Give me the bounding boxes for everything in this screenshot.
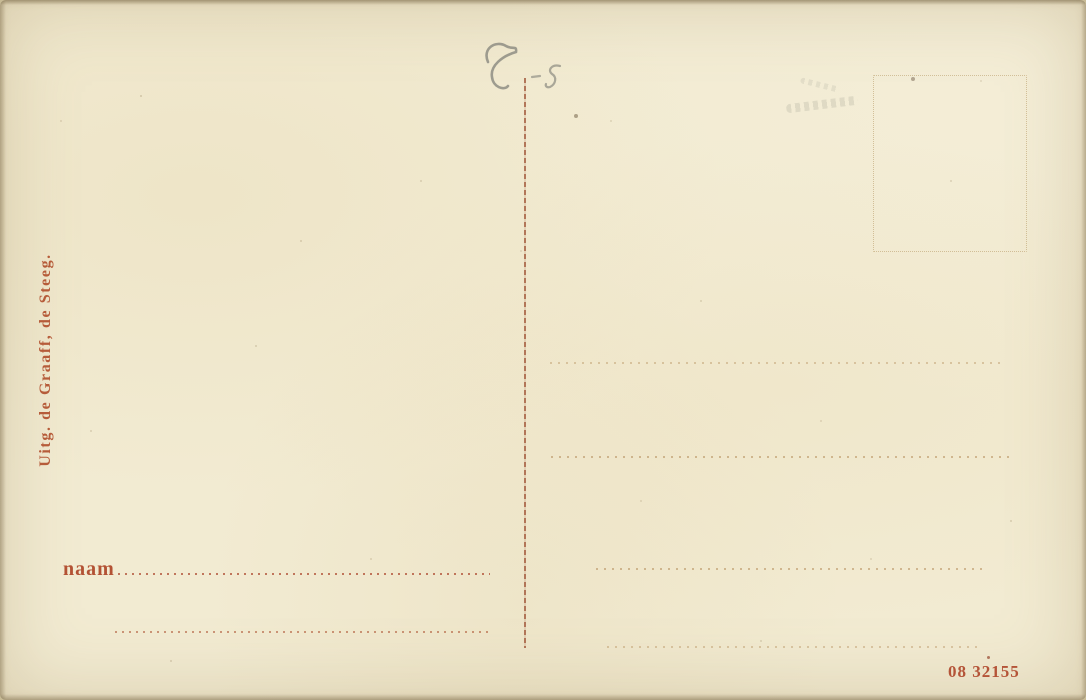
pencil-smudge-small	[800, 77, 840, 92]
pencil-smudge	[786, 96, 859, 114]
control-number: 08 32155	[948, 662, 1020, 682]
address-line-3	[596, 568, 988, 570]
postcard-back: Uitg. de Graaff, de Steeg. naam 08 32155	[0, 0, 1086, 700]
paper-specks	[0, 0, 2, 2]
card-edge-left	[0, 0, 6, 700]
address-line-2	[551, 456, 1011, 458]
ink-dot	[987, 656, 990, 659]
stamp-box	[873, 75, 1027, 252]
pencil-annotation-icon	[460, 30, 590, 110]
address-line-1	[550, 362, 1005, 364]
address-line-4	[607, 646, 979, 648]
publisher-imprint: Uitg. de Graaff, de Steeg.	[37, 253, 55, 467]
card-edge-bottom	[0, 694, 1086, 700]
card-edge-right	[1081, 0, 1086, 700]
card-edge-top	[0, 0, 1086, 5]
center-divider-line	[524, 78, 526, 648]
name-field-label: naam	[63, 558, 115, 581]
left-dotted-line-2	[115, 631, 490, 633]
name-dotted-line	[118, 573, 490, 575]
